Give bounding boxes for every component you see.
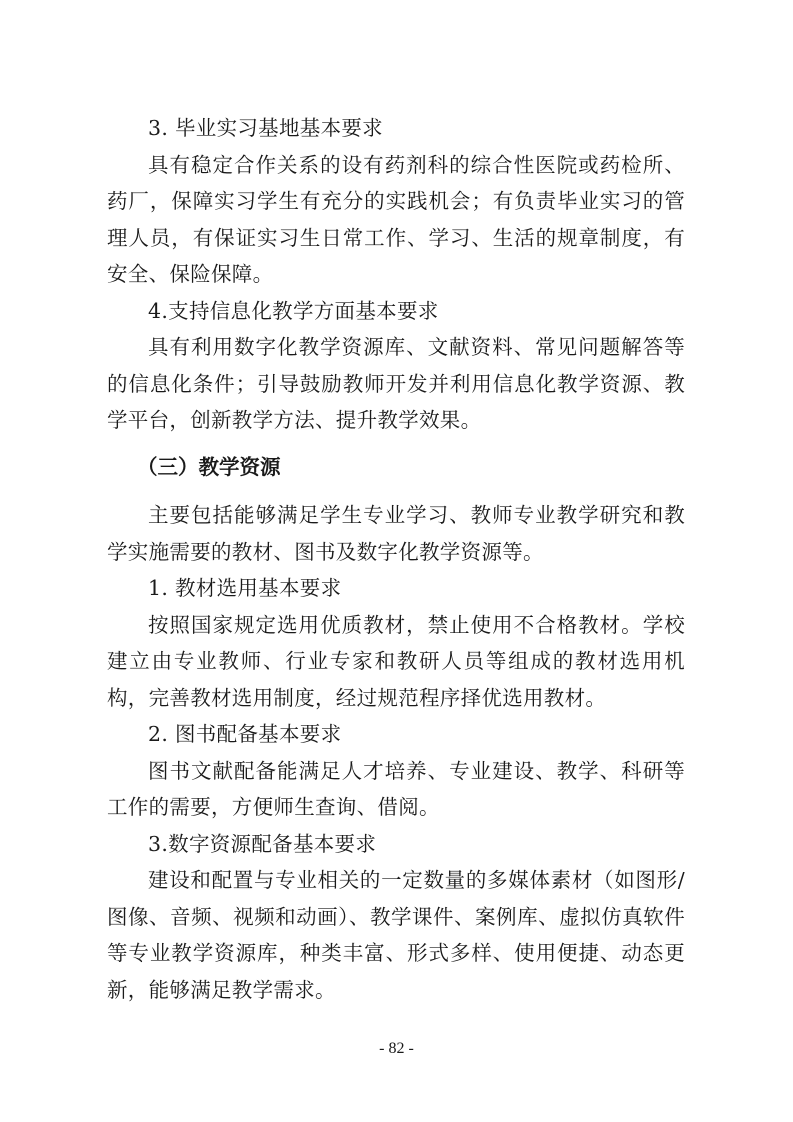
subheading-informatization: 4.支持信息化教学方面基本要求	[107, 293, 685, 330]
page-number: - 82 -	[0, 1040, 793, 1058]
paragraph-library: 图书文献配备能满足人才培养、专业建设、教学、科研等工作的需要，方便师生查询、借阅…	[107, 753, 685, 826]
paragraph-textbook-selection: 按照国家规定选用优质教材，禁止使用不合格教材。学校建立由专业教师、行业专家和教研…	[107, 607, 685, 717]
subheading-textbook-selection: 1. 教材选用基本要求	[107, 570, 685, 607]
paragraph-digital-resources: 建设和配置与专业相关的一定数量的多媒体素材（如图形/图像、音频、视频和动画）、教…	[107, 862, 685, 1008]
subheading-library: 2. 图书配备基本要求	[107, 716, 685, 753]
paragraph-internship-base: 具有稳定合作关系的设有药剂科的综合性医院或药检所、药厂，保障实习学生有充分的实践…	[107, 147, 685, 293]
subheading-digital-resources: 3.数字资源配备基本要求	[107, 826, 685, 863]
section-heading-teaching-resources: （三）教学资源	[107, 449, 685, 486]
paragraph-informatization: 具有利用数字化教学资源库、文献资料、常见问题解答等的信息化条件；引导鼓励教师开发…	[107, 329, 685, 439]
subheading-internship-base: 3. 毕业实习基地基本要求	[107, 110, 685, 147]
document-page: 3. 毕业实习基地基本要求 具有稳定合作关系的设有药剂科的综合性医院或药检所、药…	[107, 110, 685, 1008]
paragraph-teaching-resources-intro: 主要包括能够满足学生专业学习、教师专业教学研究和教学实施需要的教材、图书及数字化…	[107, 497, 685, 570]
